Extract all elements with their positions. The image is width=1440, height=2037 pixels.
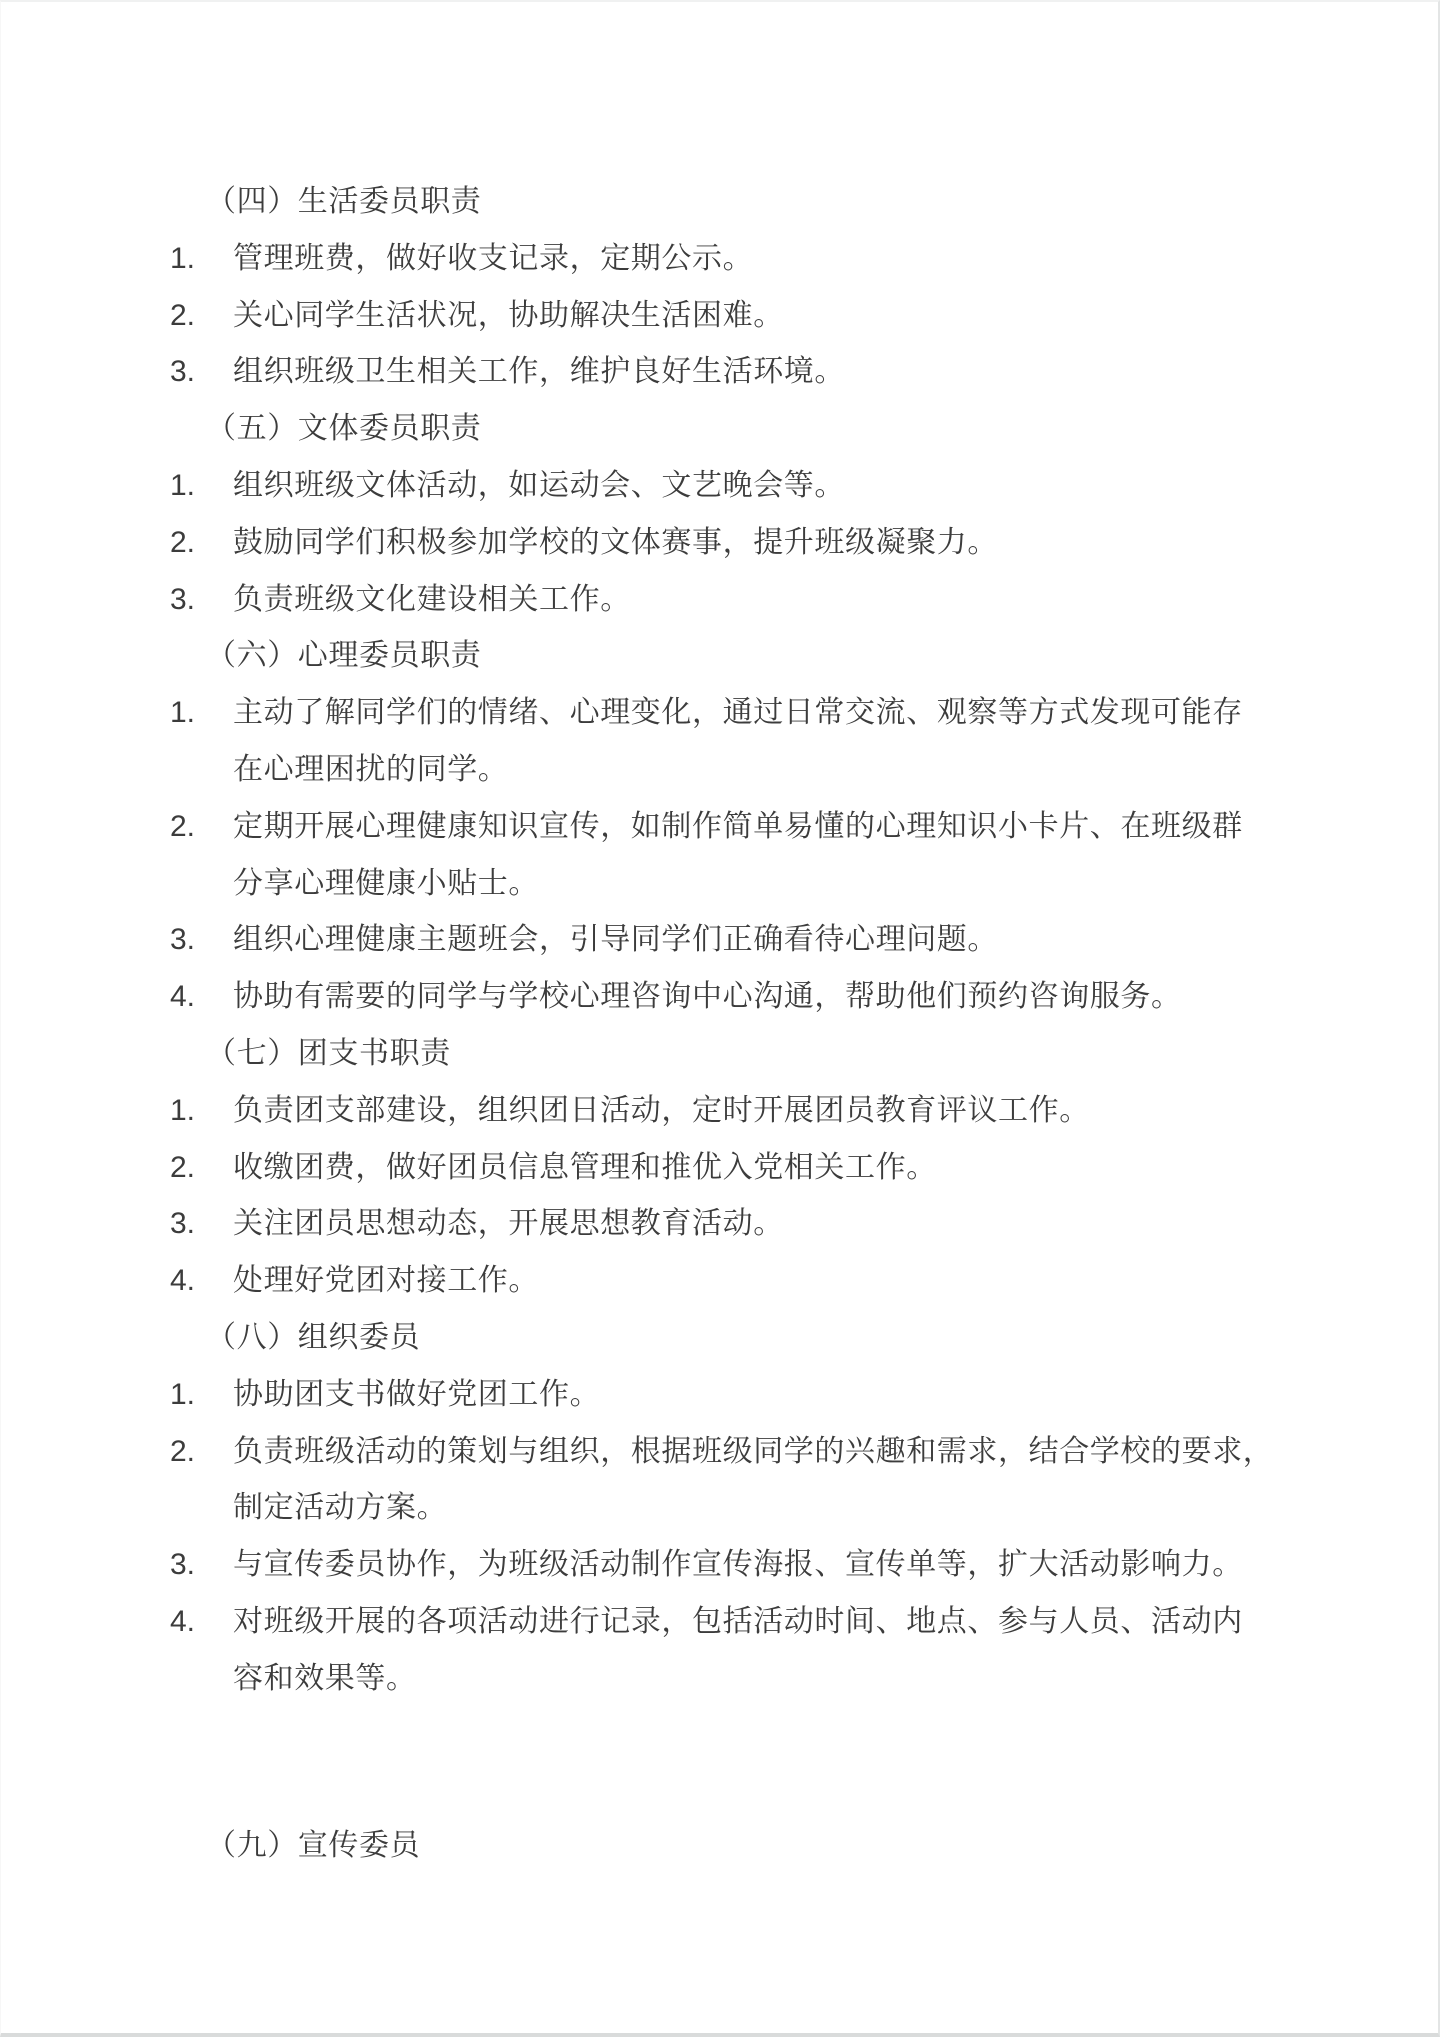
list-item-text: 组织班级文体活动，如运动会、文艺晚会等。 [233, 458, 1280, 515]
section-heading-6: （六）心理委员职责 [206, 628, 1280, 685]
list-item-number: 2. [170, 1424, 233, 1481]
list-item: 4. 对班级开展的各项活动进行记录，包括活动时间、地点、参与人员、活动内 容和效… [170, 1594, 1280, 1708]
list-item-text: 收缴团费，做好团员信息管理和推优入党相关工作。 [233, 1140, 1280, 1197]
list-item-text: 负责班级文化建设相关工作。 [233, 572, 1280, 629]
list-item-text: 与宣传委员协作，为班级活动制作宣传海报、宣传单等，扩大活动影响力。 [233, 1537, 1280, 1594]
list-item-text: 关心同学生活状况，协助解决生活困难。 [233, 288, 1280, 345]
list-item: 2. 收缴团费，做好团员信息管理和推优入党相关工作。 [170, 1140, 1280, 1197]
list-item-number: 4. [170, 969, 233, 1026]
list-item: 1. 主动了解同学们的情绪、心理变化，通过日常交流、观察等方式发现可能存 在心理… [170, 685, 1280, 799]
list-item-number: 1. [170, 1367, 233, 1424]
list-item-text: 鼓励同学们积极参加学校的文体赛事，提升班级凝聚力。 [233, 515, 1280, 572]
list-item: 2. 关心同学生活状况，协助解决生活困难。 [170, 288, 1280, 345]
list-item-text: 负责班级活动的策划与组织，根据班级同学的兴趣和需求，结合学校的要求， 制定活动方… [233, 1424, 1280, 1538]
list-item: 2. 定期开展心理健康知识宣传，如制作简单易懂的心理知识小卡片、在班级群 分享心… [170, 799, 1280, 913]
list-item-number: 3. [170, 344, 233, 401]
list-item: 4. 协助有需要的同学与学校心理咨询中心沟通，帮助他们预约咨询服务。 [170, 969, 1280, 1026]
list-item: 1. 组织班级文体活动，如运动会、文艺晚会等。 [170, 458, 1280, 515]
list-item: 3. 组织心理健康主题班会，引导同学们正确看待心理问题。 [170, 912, 1280, 969]
list-item: 2. 鼓励同学们积极参加学校的文体赛事，提升班级凝聚力。 [170, 515, 1280, 572]
section-heading-8: （八）组织委员 [206, 1310, 1280, 1367]
list-item-number: 3. [170, 1537, 233, 1594]
section-heading-5: （五）文体委员职责 [206, 401, 1280, 458]
list-item-number: 3. [170, 1196, 233, 1253]
list-item-number: 4. [170, 1594, 233, 1651]
list-item-text: 组织心理健康主题班会，引导同学们正确看待心理问题。 [233, 912, 1280, 969]
list-item: 1. 协助团支书做好党团工作。 [170, 1367, 1280, 1424]
list-item-number: 1. [170, 685, 233, 742]
list-item-text: 关注团员思想动态，开展思想教育活动。 [233, 1196, 1280, 1253]
document-body: （四）生活委员职责 1. 管理班费，做好收支记录，定期公示。 2. 关心同学生活… [170, 174, 1280, 1874]
list-item-number: 2. [170, 515, 233, 572]
list-item: 4. 处理好党团对接工作。 [170, 1253, 1280, 1310]
list-item-text: 主动了解同学们的情绪、心理变化，通过日常交流、观察等方式发现可能存 在心理困扰的… [233, 685, 1280, 799]
list-item: 3. 组织班级卫生相关工作，维护良好生活环境。 [170, 344, 1280, 401]
list-item-text: 协助团支书做好党团工作。 [233, 1367, 1280, 1424]
list-item: 2. 负责班级活动的策划与组织，根据班级同学的兴趣和需求，结合学校的要求， 制定… [170, 1424, 1280, 1538]
list-item: 1. 负责团支部建设，组织团日活动，定时开展团员教育评议工作。 [170, 1083, 1280, 1140]
list-item-number: 2. [170, 288, 233, 345]
list-item-text: 管理班费，做好收支记录，定期公示。 [233, 231, 1280, 288]
list-item: 3. 关注团员思想动态，开展思想教育活动。 [170, 1196, 1280, 1253]
section-heading-4: （四）生活委员职责 [206, 174, 1280, 231]
list-item-text: 协助有需要的同学与学校心理咨询中心沟通，帮助他们预约咨询服务。 [233, 969, 1280, 1026]
list-item-text: 处理好党团对接工作。 [233, 1253, 1280, 1310]
list-item-text: 组织班级卫生相关工作，维护良好生活环境。 [233, 344, 1280, 401]
list-item-number: 1. [170, 231, 233, 288]
list-item-number: 1. [170, 458, 233, 515]
list-item-text: 负责团支部建设，组织团日活动，定时开展团员教育评议工作。 [233, 1083, 1280, 1140]
list-item-number: 2. [170, 799, 233, 856]
list-item-number: 3. [170, 912, 233, 969]
list-item: 3. 负责班级文化建设相关工作。 [170, 572, 1280, 629]
list-item-number: 4. [170, 1253, 233, 1310]
list-item: 3. 与宣传委员协作，为班级活动制作宣传海报、宣传单等，扩大活动影响力。 [170, 1537, 1280, 1594]
section-heading-9: （九）宣传委员 [206, 1818, 1280, 1875]
list-item-number: 3. [170, 572, 233, 629]
list-item: 1. 管理班费，做好收支记录，定期公示。 [170, 231, 1280, 288]
section-heading-7: （七）团支书职责 [206, 1026, 1280, 1083]
list-item-number: 2. [170, 1140, 233, 1197]
list-item-text: 对班级开展的各项活动进行记录，包括活动时间、地点、参与人员、活动内 容和效果等。 [233, 1594, 1280, 1708]
list-item-number: 1. [170, 1083, 233, 1140]
list-item-text: 定期开展心理健康知识宣传，如制作简单易懂的心理知识小卡片、在班级群 分享心理健康… [233, 799, 1280, 913]
